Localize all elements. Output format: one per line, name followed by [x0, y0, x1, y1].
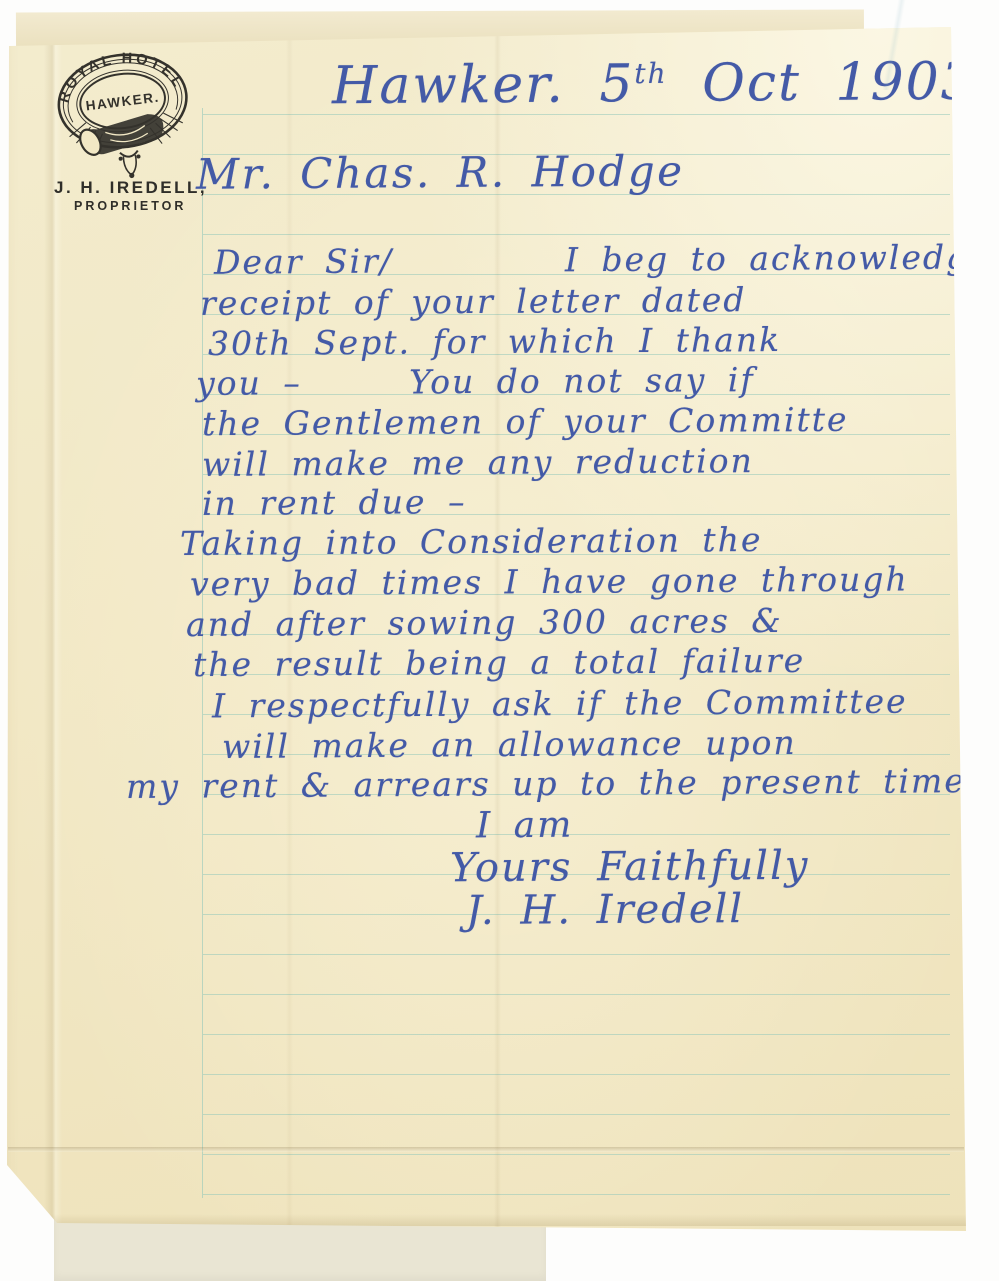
- body-line-5: the Gentlemen of your Committe: [202, 403, 849, 441]
- scan-background: ROYAL HOTEL HAWKER. J. H. IREDELL, PROPR…: [0, 0, 999, 1281]
- body-line-3: 30th Sept. for which I thank: [208, 323, 781, 360]
- letter-paper: ROYAL HOTEL HAWKER. J. H. IREDELL, PROPR…: [0, 0, 999, 1281]
- body-line-12: I respectfully ask if the Committee: [212, 685, 908, 723]
- body-line-4: you – You do not say if: [196, 363, 755, 400]
- body-line-13: will make an allowance upon: [222, 726, 797, 763]
- proprietor-name: J. H. IREDELL,: [54, 178, 204, 198]
- fold-crease-left: [44, 35, 62, 1225]
- body-line-11: the result being a total failure: [193, 644, 805, 681]
- body-line-9: very bad times I have gone through: [190, 562, 909, 600]
- closing-line-2: Yours Faithfully: [450, 846, 810, 889]
- heading-place-date: Hawker. 5th Oct 1903: [332, 56, 976, 112]
- heading-place-day: Hawker. 5: [332, 54, 635, 116]
- body-line-8: Taking into Consideration the: [180, 523, 763, 560]
- crest-center-text: HAWKER.: [85, 90, 161, 114]
- heading-ordinal: th: [634, 57, 668, 90]
- addressee-line: Mr. Chas. R. Hodge: [196, 150, 685, 195]
- body-line-2: receipt of your letter dated: [200, 283, 747, 320]
- signature-line: J. H. Iredell: [466, 889, 744, 931]
- body-line-1: Dear Sir/ I beg to acknowledge: [214, 240, 991, 278]
- crest-tassel: [118, 150, 143, 179]
- proprietor-title: PROPRIETOR: [74, 199, 204, 213]
- closing-line-1: I am: [476, 808, 574, 845]
- body-line-6: will make me any reduction: [202, 444, 754, 481]
- body-line-10: and after sowing 300 acres &: [186, 604, 783, 641]
- heading-date-rest: Oct 1903: [668, 52, 976, 114]
- royal-hotel-crest: ROYAL HOTEL HAWKER.: [50, 48, 196, 188]
- body-line-7: in rent due –: [202, 485, 467, 520]
- body-line-14: my rent & arrears up to the present time…: [126, 764, 978, 803]
